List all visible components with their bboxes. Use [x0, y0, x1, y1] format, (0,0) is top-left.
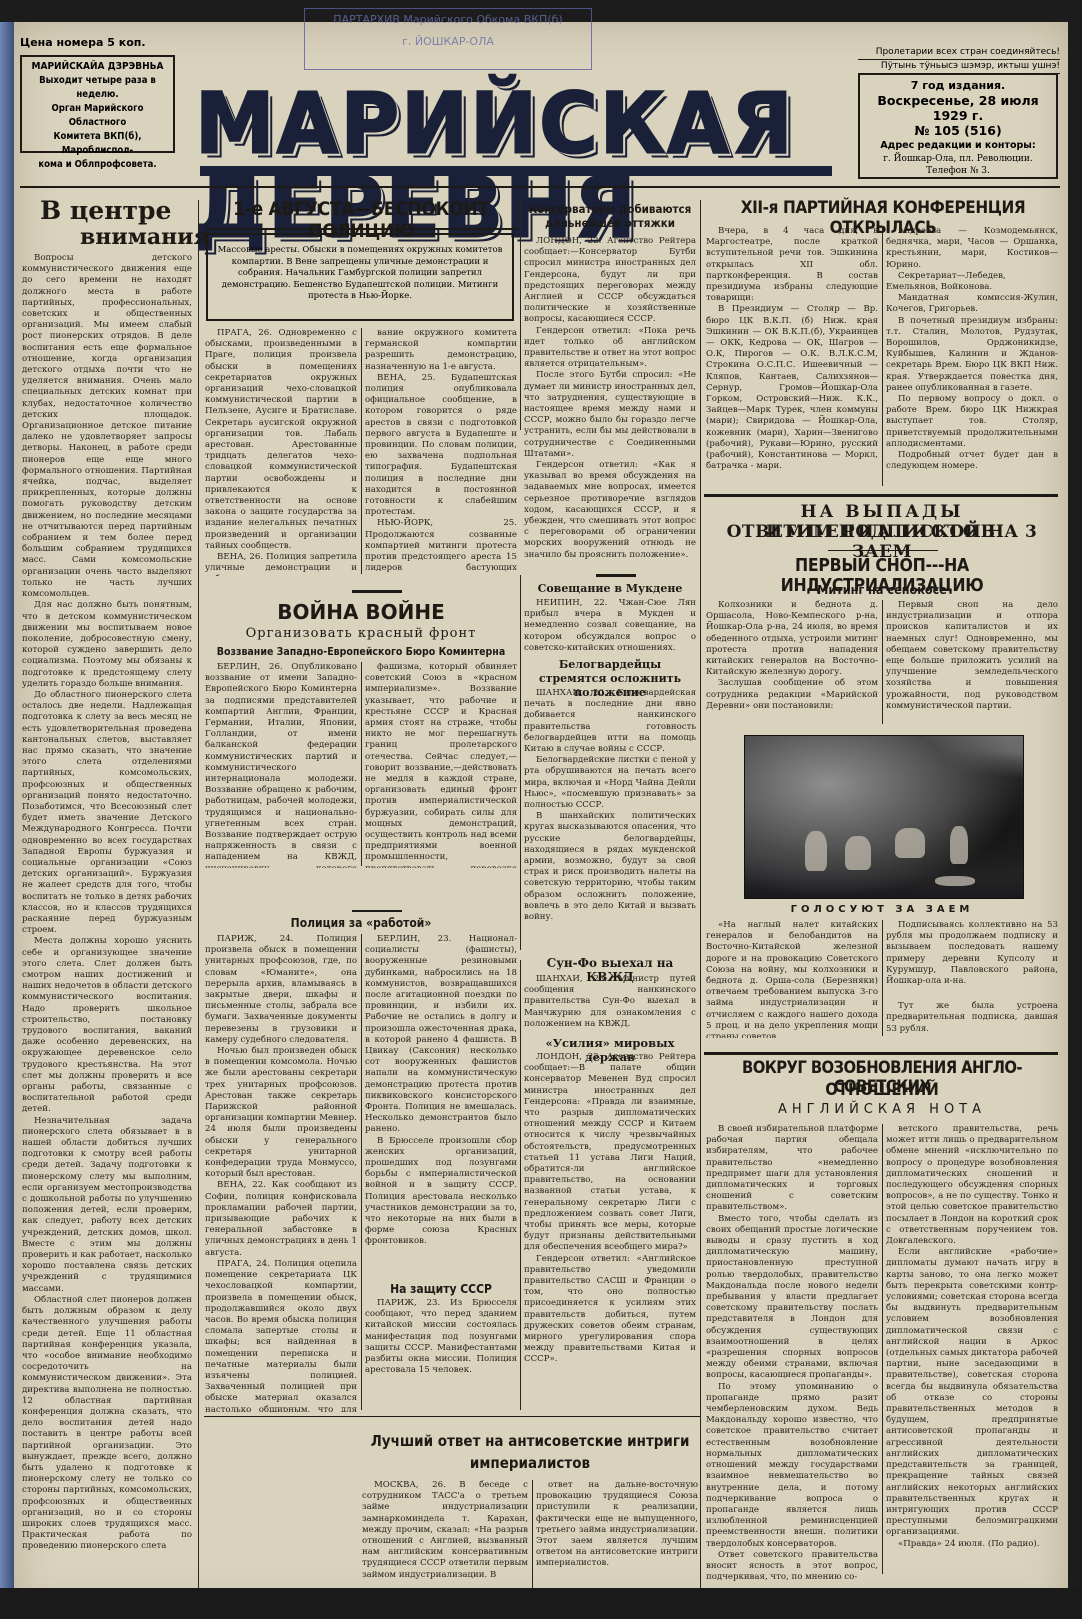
article-subtitle-anglo: АНГЛИЙСКАЯ НОТА [704, 1102, 1060, 1117]
paragraph: Колхозники и беднота д. Оршасола, Ново-К… [706, 600, 878, 678]
article-title-police-work: Полиция за «работой» [204, 916, 518, 930]
rule [704, 494, 1058, 497]
paragraph: Гендерсон ответил: «Как я указывал во вр… [524, 460, 696, 561]
paragraph: ветского правительства, речь может итти … [886, 1124, 1058, 1247]
paragraph: В своей избирательной платформе рабочая … [706, 1124, 878, 1214]
article-body-conference-1: Вчера, в 4 часа дня, в Маргостеатре, пос… [706, 226, 878, 488]
article-body-best-answer-2: ответ на дальне-восточную провокацию тру… [536, 1480, 698, 1600]
paragraph: ВЕНА, 26. Полиция запретила уличные демо… [205, 552, 357, 576]
article-body-center: Вопросы детского коммунистического движе… [22, 253, 192, 1603]
paragraph: Гендерсон ответил: «Английское правитель… [524, 1254, 696, 1366]
column-rule [700, 200, 701, 1600]
article-body-first-sheaf-1: Колхозники и беднота д. Оршасола, Ново-К… [706, 600, 878, 726]
article-body-police-work-1: ПАРИЖ, 24. Полиция произвела обыск в пом… [205, 934, 357, 1412]
paragraph: БЕРЛИН, 26. Опубликовано воззвание от им… [205, 662, 357, 868]
article-lead-police: Массовые аресты. Обыски в помещениях окр… [206, 233, 514, 321]
paragraph: фашизма, который обвиняет советский Союз… [365, 662, 517, 868]
scan-bottom-edge [0, 1588, 1082, 1619]
paragraph: Заслушав сообщение об этом сотрудника ре… [706, 678, 878, 712]
title-underline [200, 166, 832, 176]
address-label: Адрес редакции и конторы: [860, 138, 1056, 153]
info-line: МАРИЙСКАЙА ДЗРЭВНЬА [22, 60, 173, 74]
article-body-center-end [205, 1420, 357, 1600]
paragraph: вание окружного комитета германской комп… [365, 328, 517, 373]
paragraph: Секретариат—Лебедев, Емельянов, Войконов… [886, 271, 1058, 293]
paragraph: Для нас должно быть понятным, что в детс… [22, 600, 192, 690]
stamp-line: г. ЙОШКАР-ОЛА [305, 31, 591, 53]
paragraph: Подписываясь коллективно на 53 рубля мы … [886, 920, 1058, 987]
article-body-sunfo: ШАНХАЙ, 23. Министр путей сообщения нанк… [524, 974, 696, 1032]
paragraph: НЬЮ-ЙОРК, 25. Продолжаются созванные ком… [365, 518, 517, 576]
publication-info-box: МАРИЙСКАЙА ДЗРЭВНЬА Выходит четыре раза … [20, 55, 175, 153]
paragraph: «На наглый налет китайских генералов и б… [706, 920, 878, 1038]
article-title-center-2: внимания [80, 224, 190, 250]
slogan-mari: Пӱтынь тӱньысэ шэмэр, иктыш ушнэ! [858, 60, 1060, 74]
rule [206, 228, 518, 230]
article-body-police-1: ПРАГА, 26. Одновременно с обысками, прои… [205, 328, 357, 576]
issue-price: Цена номера 5 коп. [20, 36, 146, 49]
article-title-anglo-2: ОТНОШЕНИЙ [704, 1080, 1060, 1099]
paragraph: ПАРИЖ, 23. Из Брюсселя сообщают, что пер… [365, 1298, 517, 1376]
paragraph: ВЕНА, 22. Как сообщают из Софии, полиция… [205, 1180, 357, 1258]
paragraph: Белогвардейские листки с пеной у рта обр… [524, 755, 696, 811]
column-rule [882, 600, 883, 724]
info-line: кома и Облпрофсовета. [22, 158, 173, 172]
article-body-police-2: вание окружного комитета германской комп… [365, 328, 517, 576]
phone: Телефон № 3. [860, 165, 1056, 177]
column-rule [520, 575, 521, 950]
issue-number: № 105 (516) [860, 123, 1056, 138]
paragraph: В Президиум — Столяр — Вр. бюро ЦК В.К.П… [706, 304, 878, 472]
column-rule [882, 226, 883, 486]
info-line: Комитета ВКП(б), Мароблиспол- [22, 130, 173, 158]
rule [204, 1416, 700, 1417]
paragraph: «Правда» 24 июля. (По радио). [886, 1539, 1058, 1550]
paragraph: По этому упоминанию о пропаганде прямо р… [706, 1382, 878, 1550]
paragraph: Вопросы детского коммунистического движе… [22, 253, 192, 600]
article-title-war: ВОЙНА ВОЙНЕ [204, 600, 518, 624]
paragraph: Ответ советского правительства вносит яс… [706, 1550, 878, 1584]
slogan-russian: Пролетарии всех стран соединяйтесь! [858, 46, 1060, 60]
archive-stamp: ПАРТАРХИВ Марийского Обкома ВКП(б) г. ЙО… [304, 8, 592, 70]
paragraph: ШАНХАЙ, 20. Белогвардейская печать в пос… [524, 688, 696, 755]
article-body-conference-2: Андреева — Козмодемьянск, беднячка, мари… [886, 226, 1058, 488]
rule [352, 590, 402, 593]
info-line: Орган Марийского Областного [22, 102, 173, 130]
column-rule [882, 920, 883, 1036]
paragraph: ПРАГА, 24. Полиция оцепила помещение сек… [205, 1259, 357, 1412]
paragraph: НЕЙПИН, 22. Чжан-Сюе Лян прибыл вчера в … [524, 598, 696, 654]
paragraph: В почетный президиум избраны: т.т. Стали… [886, 316, 1058, 394]
article-body-war-2: фашизма, который обвиняет советский Союз… [365, 662, 517, 868]
article-body-mukden: НЕЙПИН, 22. Чжан-Сюе Лян прибыл вчера в … [524, 598, 696, 654]
paragraph: Если английские «рабочие» дипломаты дума… [886, 1247, 1058, 1538]
article-subtitle-war: Организовать красный фронт [204, 626, 518, 641]
column-rule [198, 200, 199, 1600]
column-rule [361, 934, 362, 1410]
column-rule [520, 960, 521, 1410]
column-rule [882, 1124, 883, 1574]
paragraph: После этого Бутби спросил: «Не думает ли… [524, 370, 696, 460]
issue-date: Воскресенье, 28 июля 1929 г. [860, 93, 1056, 123]
paragraph: Областной слет пионеров должен быть долж… [22, 1295, 192, 1553]
column-rule [361, 328, 362, 574]
paragraph: ЛОНДОН, 22. Агентство Рейтера сообщает:—… [524, 1052, 696, 1254]
paragraph: ШАНХАЙ, 23. Министр путей сообщения нанк… [524, 974, 696, 1030]
paragraph: Мандатная комиссия-Жулин, Кочегов, Григо… [886, 293, 1058, 315]
article-title-center: В центре [40, 196, 171, 225]
paragraph: Вчера, в 4 часа дня, в Маргостеатре, пос… [706, 226, 878, 304]
article-body-anglo-1: В своей избирательной платформе рабочая … [706, 1124, 878, 1594]
paragraph: ЛОНДОН, 22. Агентство Рейтера сообщает:—… [524, 236, 696, 326]
paragraph: Вместо того, чтобы сделать из своих обещ… [706, 1214, 878, 1382]
article-title-conservatives: Консерваторы добиваются дальнейшей оттяж… [524, 202, 696, 230]
article-subtitle2-war: Воззвание Западно-Европейского Бюро Коми… [204, 646, 518, 658]
article-body-first-sheaf-4: Подписываясь коллективно на 53 рубля мы … [886, 920, 1058, 1038]
photo-caption: ГОЛОСУЮТ ЗА ЗАЕМ [704, 904, 1060, 915]
article-subtitle-first-sheaf: Митинг на сенокосе [704, 582, 1060, 597]
article-body-powers: ЛОНДОН, 22. Агентство Рейтера сообщает:—… [524, 1052, 696, 1412]
column-rule [520, 200, 521, 430]
paragraph: Тут же была устроена предварительная под… [886, 1001, 1058, 1035]
paragraph: Места должны хорошо уяснить себе и орган… [22, 936, 192, 1115]
article-title-mukden: Совещание в Мукдене [524, 582, 696, 595]
article-body-police-work-2: БЕРЛИН, 23. Национал-социалисты (фашисты… [365, 934, 517, 1269]
info-line: Выходит четыре раза в неделю. [22, 74, 173, 102]
masthead-rule [20, 186, 1060, 188]
article-body-first-sheaf-3: «На наглый налет китайских генералов и б… [706, 920, 878, 1038]
paragraph: МОСКВА, 26. В беседе с сотрудником ТАСС'… [362, 1480, 528, 1581]
article-body-anglo-2: ветского правительства, речь может итти … [886, 1124, 1058, 1594]
rule [828, 550, 938, 551]
publication-year: 7 год издания. [860, 78, 1056, 93]
column-rule [361, 662, 362, 866]
article-body-whiteguards: ШАНХАЙ, 20. Белогвардейская печать в пос… [524, 688, 696, 954]
address: г. Йошкар-Ола, пл. Революции. [860, 153, 1056, 165]
paragraph: Незначительная задача пионерского слета … [22, 1116, 192, 1295]
paragraph: Первый сноп на дело индустриализации и о… [886, 600, 1058, 712]
rule [704, 1052, 1058, 1055]
article-body-war-1: БЕРЛИН, 26. Опубликовано воззвание от им… [205, 662, 357, 868]
article-body-defense: ПАРИЖ, 23. Из Брюсселя сообщают, что пер… [365, 1298, 517, 1408]
paragraph: В шанхайских политических кругах высказы… [524, 811, 696, 923]
slogan: Пролетарии всех стран соединяйтесь! Пӱты… [858, 46, 1060, 74]
page-edge [0, 22, 14, 1610]
paragraph: Ночью был произведен обыск в помещении к… [205, 1046, 357, 1180]
article-title-best-answer: Лучший ответ на антисоветские интриги им… [362, 1430, 698, 1474]
column-rule [532, 1480, 533, 1598]
paragraph: ПАРИЖ, 24. Полиция произвела обыск в пом… [205, 934, 357, 1046]
paragraph: По первому вопросу о докл. о работе Врем… [886, 394, 1058, 450]
article-body-best-answer-1: МОСКВА, 26. В беседе с сотрудником ТАСС'… [362, 1480, 528, 1600]
newspaper-title: МАРИЙСКАЯ ДЕРЕВНЯ [195, 82, 835, 166]
paragraph: Подробный отчет будет дан в следующем но… [886, 450, 1058, 472]
article-body-conservatives: ЛОНДОН, 22. Агентство Рейтера сообщает:—… [524, 236, 696, 564]
rule [596, 574, 636, 577]
paragraph: В Брюсселе произошли сбор женских органи… [365, 1136, 517, 1248]
article-title-defense: На защиту СССР [365, 1282, 517, 1296]
paragraph: ответ на дальне-восточную провокацию тру… [536, 1480, 698, 1570]
paragraph: ВЕНА, 25. Будапештская полиция опубликов… [365, 373, 517, 519]
rule [352, 910, 402, 912]
issue-date-box: 7 год издания. Воскресенье, 28 июля 1929… [858, 73, 1058, 179]
paragraph: Гендерсон ответил: «Пока речь идет тольк… [524, 326, 696, 371]
paragraph: Андреева — Козмодемьянск, беднячка, мари… [886, 226, 1058, 271]
paragraph: ПРАГА, 26. Одновременно с обысками, прои… [205, 328, 357, 552]
stamp-line: ПАРТАРХИВ Марийского Обкома ВКП(б) [305, 9, 591, 31]
photo-meeting-at-haymaking [744, 735, 1024, 899]
paragraph: До областного пионерского слета осталось… [22, 690, 192, 936]
article-body-first-sheaf-2: Первый сноп на дело индустриализации и о… [886, 600, 1058, 726]
paragraph: БЕРЛИН, 23. Национал-социалисты (фашисты… [365, 934, 517, 1136]
